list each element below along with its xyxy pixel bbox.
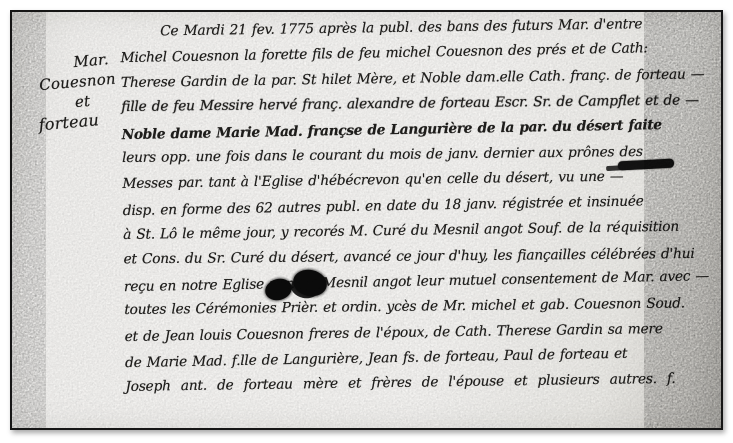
document-scan-frame: Mar. Couesnon et forteau Ce Mardi 21 fev… [10,10,723,430]
handwritten-record-text: Ce Mardi 21 fev. 1775 après la publ. des… [120,11,723,401]
register-scan-page: Mar. Couesnon et forteau Ce Mardi 21 fev… [0,0,733,443]
margin-note: Mar. Couesnon et forteau [33,49,120,136]
